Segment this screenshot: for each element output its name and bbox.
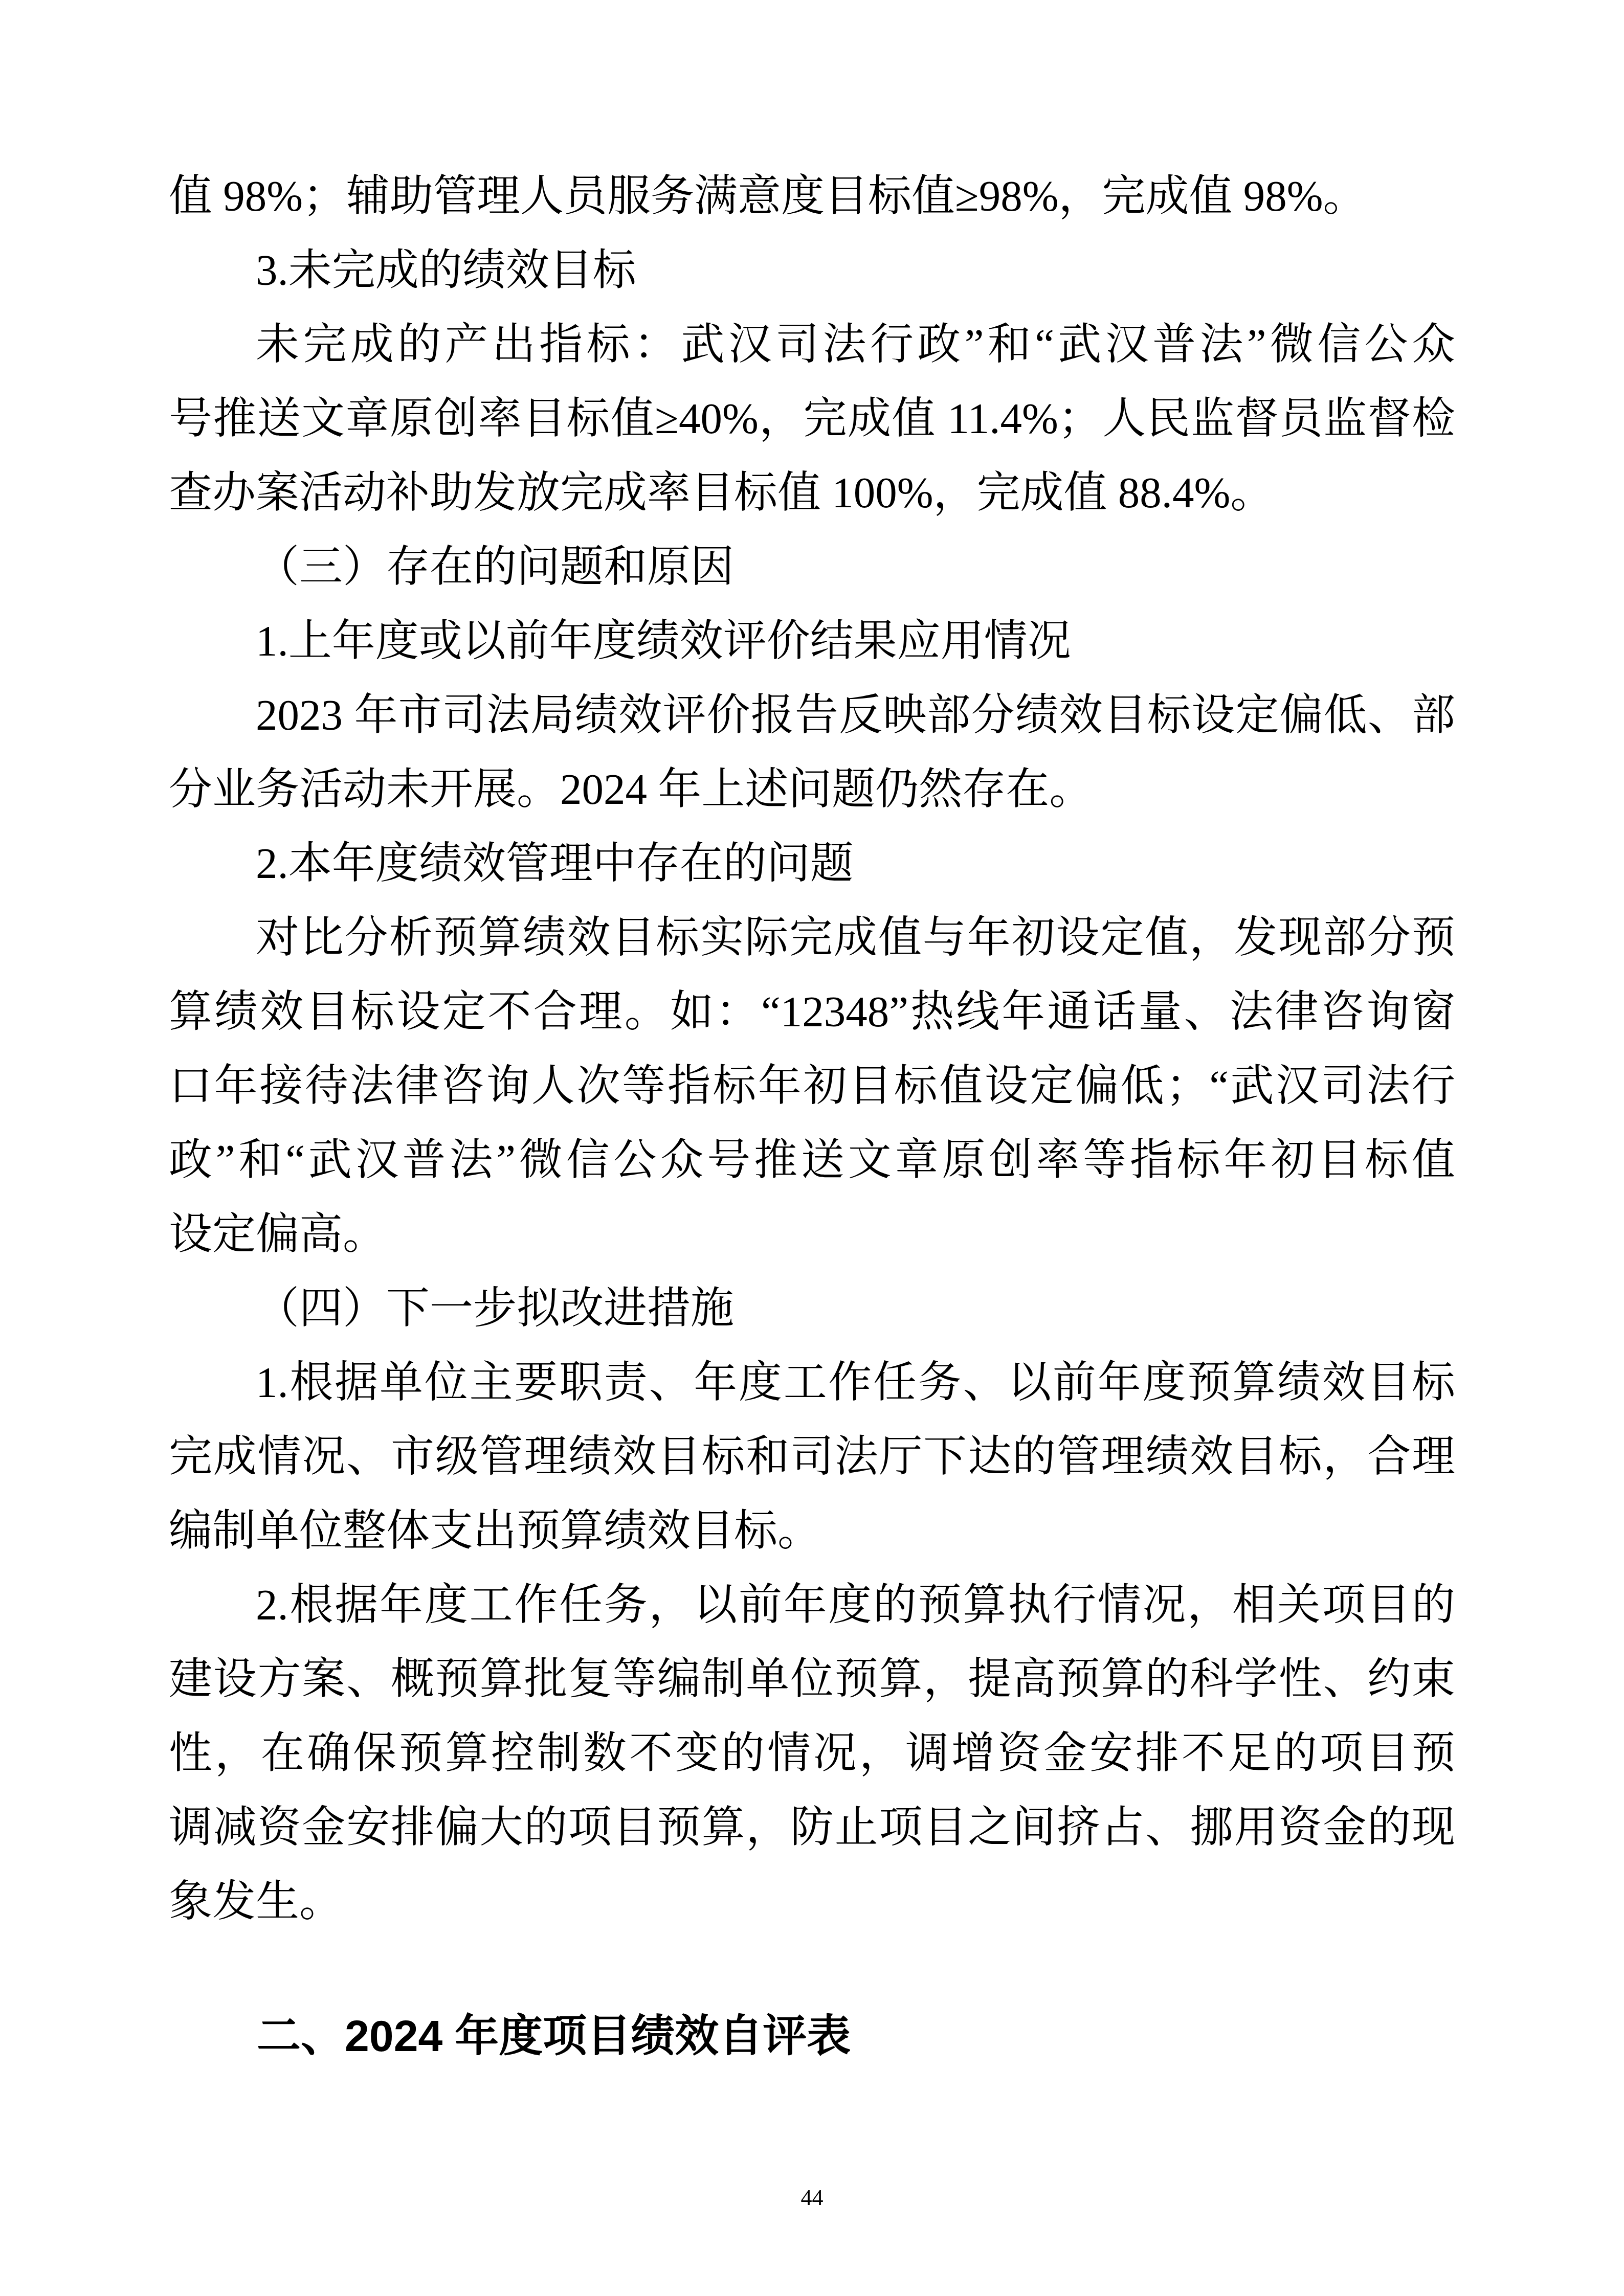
text-line: 1.根据单位主要职责、年度工作任务、以前年度预算绩效目标 [169, 1346, 1455, 1420]
text-line: 算绩效目标设定不合理。如：“12348”热线年通话量、法律咨询窗 [169, 975, 1455, 1049]
page-number: 44 [0, 2182, 1624, 2213]
text-line: 查办案活动补助发放完成率目标值 100%，完成值 88.4%。 [169, 456, 1455, 530]
text-line: 1.上年度或以前年度绩效评价结果应用情况 [169, 604, 1455, 679]
text-line: 调减资金安排偏大的项目预算，防止项目之间挤占、挪用资金的现 [169, 1791, 1455, 1865]
text-line: 3.未完成的绩效目标 [169, 234, 1455, 308]
text-line: 未完成的产出指标：武汉司法行政”和“武汉普法”微信公众 [169, 308, 1455, 382]
text-line: （四）下一步拟改进措施 [169, 1272, 1455, 1346]
text-line: 编制单位整体支出预算绩效目标。 [169, 1494, 1455, 1568]
text-line: 号推送文章原创率目标值≥40%，完成值 11.4%；人民监督员监督检 [169, 382, 1455, 456]
text-line: 对比分析预算绩效目标实际完成值与年初设定值，发现部分预 [169, 901, 1455, 975]
text-line: 政”和“武汉普法”微信公众号推送文章原创率等指标年初目标值 [169, 1123, 1455, 1198]
text-line: 建设方案、概预算批复等编制单位预算，提高预算的科学性、约束 [169, 1642, 1455, 1717]
text-line: 2023 年市司法局绩效评价报告反映部分绩效目标设定偏低、部 [169, 679, 1455, 753]
text-line: 设定偏高。 [169, 1198, 1455, 1272]
text-line: 口年接待法律咨询人次等指标年初目标值设定偏低；“武汉司法行 [169, 1049, 1455, 1123]
text-line: 值 98%；辅助管理人员服务满意度目标值≥98%，完成值 98%。 [169, 160, 1455, 234]
document-page: 值 98%；辅助管理人员服务满意度目标值≥98%，完成值 98%。 3.未完成的… [0, 0, 1624, 2296]
text-line: 2.根据年度工作任务，以前年度的预算执行情况，相关项目的 [169, 1568, 1455, 1642]
text-line: （三）存在的问题和原因 [169, 530, 1455, 604]
text-line: 分业务活动未开展。2024 年上述问题仍然存在。 [169, 753, 1455, 827]
text-line: 完成情况、市级管理绩效目标和司法厅下达的管理绩效目标，合理 [169, 1420, 1455, 1494]
text-line: 2.本年度绩效管理中存在的问题 [169, 827, 1455, 901]
text-line: 性，在确保预算控制数不变的情况，调增资金安排不足的项目预算， [169, 1717, 1455, 1791]
section-heading: 二、2024 年度项目绩效自评表 [169, 1999, 1455, 2074]
text-line: 象发生。 [169, 1865, 1455, 1939]
text-block: 值 98%；辅助管理人员服务满意度目标值≥98%，完成值 98%。 3.未完成的… [169, 160, 1455, 2074]
